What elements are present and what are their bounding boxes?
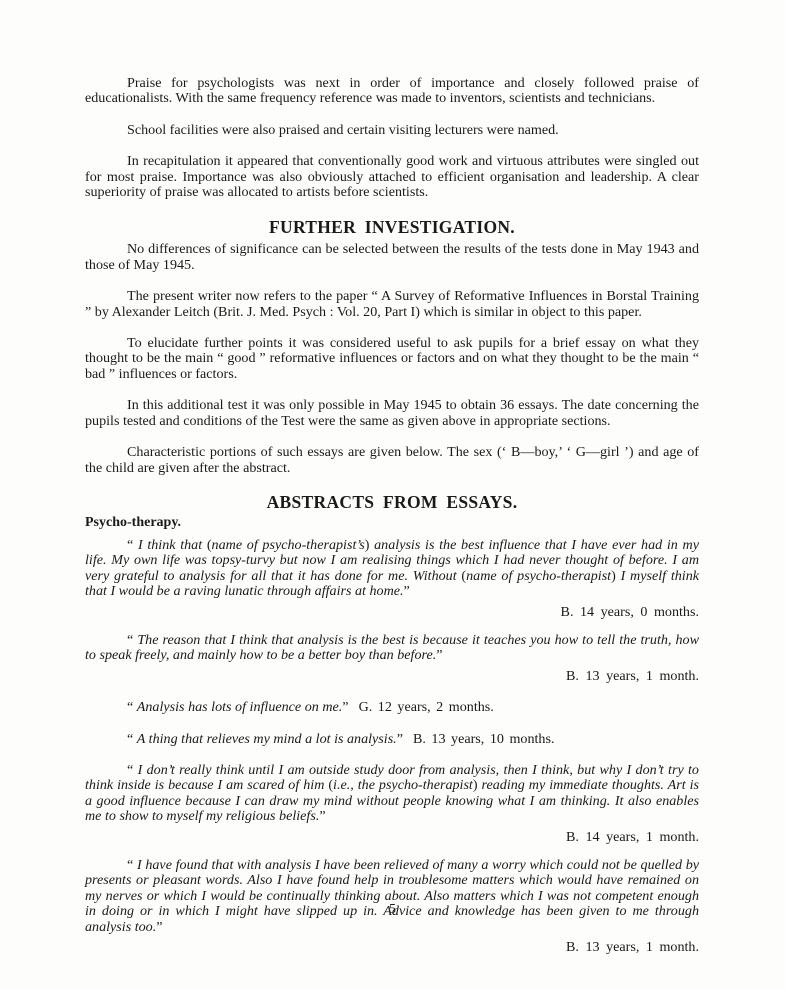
quote-text: “ I have found that with analysis I have… [85, 858, 699, 935]
quote-text: “ I think that (name of psycho-therapist… [85, 538, 699, 600]
section-heading-abstracts: ABSTRACTS FROM ESSAYS. [85, 492, 699, 513]
essay-quote-3: “ Analysis has lots of influence on me.”… [85, 700, 699, 715]
essay-quote-1: “ I think that (name of psycho-therapist… [85, 538, 699, 620]
subheading-psycho-therapy: Psycho-therapy. [85, 515, 699, 531]
essay-quote-2: “ The reason that I think that analysis … [85, 633, 699, 684]
intro-paragraph-3: In recapitulation it appeared that conve… [85, 154, 699, 200]
quote-text: “ The reason that I think that analysis … [85, 633, 699, 664]
further-paragraph-5: Characteristic portions of such essays a… [85, 445, 699, 476]
further-paragraph-4: In this additional test it was only poss… [85, 398, 699, 429]
quote-attribution: B. 13 years, 1 month. [85, 940, 699, 955]
section-heading-further-investigation: FURTHER INVESTIGATION. [85, 217, 699, 238]
intro-paragraph-1: Praise for psychologists was next in ord… [85, 76, 699, 107]
intro-paragraph-2: School facilities were also praised and … [85, 123, 699, 138]
page-number: 5 [0, 902, 785, 918]
quote-attribution: B. 13 years, 1 month. [85, 669, 699, 684]
further-paragraph-3: To elucidate further points it was consi… [85, 336, 699, 382]
quote-text: “ I don’t really think until I am outsid… [85, 763, 699, 825]
essay-quote-4: “ A thing that relieves my mind a lot is… [85, 732, 699, 747]
quote-attribution: G. 12 years, 2 months. [359, 699, 494, 715]
further-paragraph-1: No differences of significance can be se… [85, 242, 699, 273]
document-page: Praise for psychologists was next in ord… [85, 76, 699, 955]
quote-attribution: B. 14 years, 1 month. [85, 830, 699, 845]
essay-quote-5: “ I don’t really think until I am outsid… [85, 763, 699, 845]
quote-attribution: B. 13 years, 10 months. [413, 731, 555, 747]
further-paragraph-2: The present writer now refers to the pap… [85, 289, 699, 320]
quote-attribution: B. 14 years, 0 months. [85, 605, 699, 620]
